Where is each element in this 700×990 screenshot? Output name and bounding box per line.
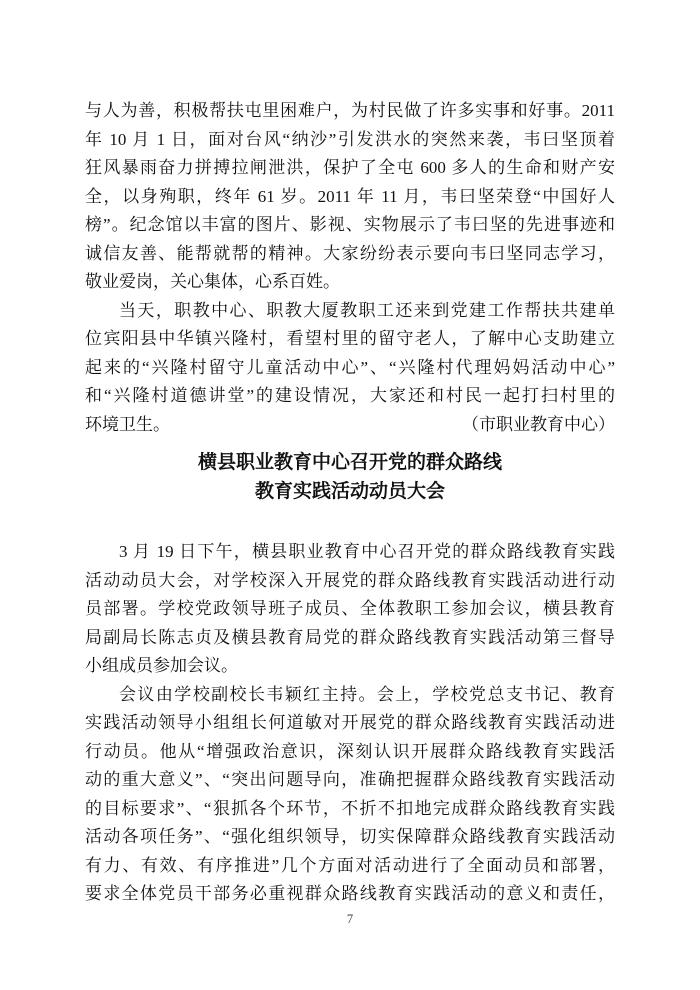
text-line: 员部署。学校党政领导班子成员、全体教职工参加会议，横县教育	[85, 595, 615, 624]
article-paragraphs: 3 月 19 日下午，横县职业教育中心召开党的群众路线教育实践活动动员大会，对学…	[85, 538, 615, 909]
text-line: 动的重大意义”、“突出问题导向，准确把握群众路线教育实践活动	[85, 766, 615, 795]
text-line: 和“兴隆村道德讲堂”的建设情况，大家还和村民一起打扫村里的	[85, 382, 615, 411]
text-line: 与人为善，积极帮扶屯里困难户，为村民做了许多实事和好事。2011	[85, 97, 615, 126]
text-line: 年 10 月 1 日，面对台风“纳沙”引发洪水的突然来袭，韦曰坚顶着	[85, 126, 615, 155]
paragraph: 会议由学校副校长韦颖红主持。会上，学校党总支书记、教育实践活动领导小组组长何道敏…	[85, 681, 615, 909]
text-line: 的目标要求”、“狠抓各个环节，不折不扣地完成群众路线教育实践	[85, 795, 615, 824]
page-number: 7	[0, 912, 700, 927]
text-line: 诚信友善、能帮就帮的精神。大家纷纷表示要向韦曰坚同志学习，	[85, 240, 615, 269]
article-title-line-1: 横县职业教育中心召开党的群众路线	[85, 449, 615, 478]
text-line: 会议由学校副校长韦颖红主持。会上，学校党总支书记、教育	[85, 681, 615, 710]
text-line: 行动员。他从“增强政治意识，深刻认识开展群众路线教育实践活	[85, 738, 615, 767]
text-line: 要求全体党员干部务必重视群众路线教育实践活动的意义和责任，	[85, 880, 615, 909]
text-line: 位宾阳县中华镇兴隆村，看望村里的留守老人，了解中心支助建立	[85, 325, 615, 354]
text-line: 小组成员参加会议。	[85, 652, 615, 681]
text-block: 与人为善，积极帮扶屯里困难户，为村民做了许多实事和好事。2011年 10 月 1…	[85, 97, 615, 909]
text-line: 当天，职教中心、职教大厦教职工还来到党建工作帮扶共建单	[85, 297, 615, 326]
text-line: 敬业爱岗，关心集体，心系百姓。	[85, 268, 615, 297]
text-line: 实践活动领导小组组长何道敏对开展党的群众路线教育实践活动进	[85, 709, 615, 738]
text-line: 3 月 19 日下午，横县职业教育中心召开党的群众路线教育实践	[85, 538, 615, 567]
article-title: 横县职业教育中心召开党的群众路线 教育实践活动动员大会	[85, 449, 615, 506]
text-line: 狂风暴雨奋力拼搏拉闸泄洪，保护了全屯 600 多人的生命和财产安	[85, 154, 615, 183]
attribution: （市职业教育中心）	[462, 411, 615, 440]
text-line: 榜”。纪念馆以丰富的图片、影视、实物展示了韦曰坚的先进事迹和	[85, 211, 615, 240]
paragraph: 与人为善，积极帮扶屯里困难户，为村民做了许多实事和好事。2011年 10 月 1…	[85, 97, 615, 297]
paragraph: 3 月 19 日下午，横县职业教育中心召开党的群众路线教育实践活动动员大会，对学…	[85, 538, 615, 681]
text-line-left: 环境卫生。	[85, 411, 170, 440]
prev-article-paragraphs: 与人为善，积极帮扶屯里困难户，为村民做了许多实事和好事。2011年 10 月 1…	[85, 97, 615, 439]
article-title-line-2: 教育实践活动动员大会	[85, 478, 615, 507]
text-line: 活动各项任务”、“强化组织领导，切实保障群众路线教育实践活动	[85, 823, 615, 852]
text-line: 全，以身殉职，终年 61 岁。2011 年 11 月，韦曰坚荣登“中国好人	[85, 183, 615, 212]
text-line: 有力、有效、有序推进”几个方面对活动进行了全面动员和部署，	[85, 852, 615, 881]
document-page: 与人为善，积极帮扶屯里困难户，为村民做了许多实事和好事。2011年 10 月 1…	[0, 0, 700, 990]
text-line: 活动动员大会，对学校深入开展党的群众路线教育实践活动进行动	[85, 567, 615, 596]
text-line: 局副局长陈志贞及横县教育局党的群众路线教育实践活动第三督导	[85, 624, 615, 653]
paragraph: 当天，职教中心、职教大厦教职工还来到党建工作帮扶共建单位宾阳县中华镇兴隆村，看望…	[85, 297, 615, 440]
text-line-with-attribution: 环境卫生。（市职业教育中心）	[85, 411, 615, 440]
text-line: 起来的“兴隆村留守儿童活动中心”、“兴隆村代理妈妈活动中心”	[85, 354, 615, 383]
